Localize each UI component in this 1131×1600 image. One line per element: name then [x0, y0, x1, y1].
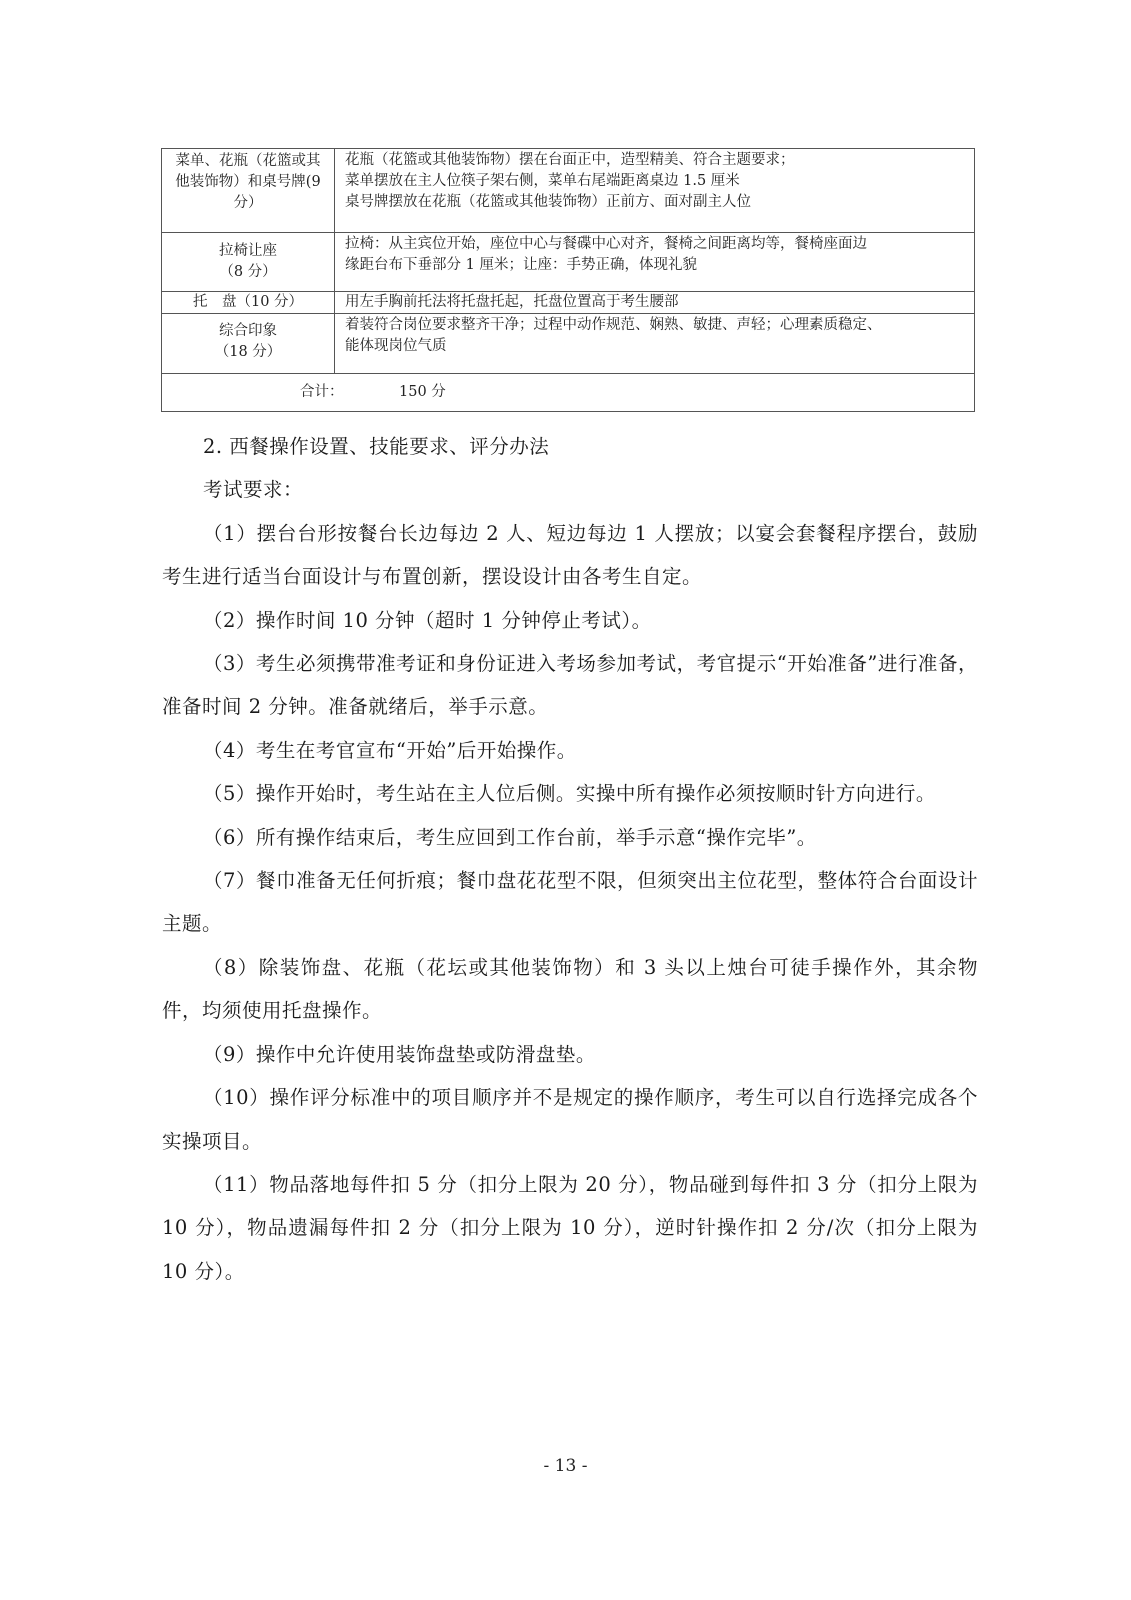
table-row: 菜单、花瓶（花篮或其 他装饰物）和桌号牌(9 分） 花瓶（花篮或其他装饰物）摆在… — [162, 149, 975, 233]
requirement-text: 桌号牌摆放在花瓶（花篮或其他装饰物）正前方、面对副主人位 — [345, 192, 964, 213]
item-label: 综合印象 — [166, 321, 330, 342]
item-label: 他装饰物）和桌号牌(9 — [166, 172, 330, 193]
scoring-table: 菜单、花瓶（花篮或其 他装饰物）和桌号牌(9 分） 花瓶（花篮或其他装饰物）摆在… — [161, 148, 975, 412]
requirement-item: （11）物品落地每件扣 5 分（扣分上限为 20 分），物品碰到每件扣 3 分（… — [162, 1163, 978, 1293]
requirement-item: （7）餐巾准备无任何折痕；餐巾盘花花型不限，但须突出主位花型，整体符合台面设计主… — [162, 859, 978, 946]
requirement-item: （10）操作评分标准中的项目顺序并不是规定的操作顺序，考生可以自行选择完成各个实… — [162, 1076, 978, 1163]
requirement-item: （3）考生必须携带准考证和身份证进入考场参加考试，考官提示“开始准备”进行准备，… — [162, 642, 978, 729]
item-cell: 综合印象 （18 分） — [162, 314, 335, 374]
table-row: 综合印象 （18 分） 着装符合岗位要求整齐干净；过程中动作规范、娴熟、敏捷、声… — [162, 314, 975, 374]
item-label: 拉椅让座 — [166, 241, 330, 262]
table-row: 托 盘（10 分） 用左手胸前托法将托盘托起，托盘位置高于考生腰部 — [162, 292, 975, 314]
item-label: （8 分） — [166, 262, 330, 283]
table-total-row: 合计： 150 分 — [162, 374, 975, 412]
requirement-item: （9）操作中允许使用装饰盘垫或防滑盘垫。 — [162, 1033, 978, 1076]
page-number: - 13 - — [0, 1456, 1131, 1476]
total-cell: 合计： 150 分 — [162, 374, 975, 412]
item-cell: 拉椅让座 （8 分） — [162, 233, 335, 292]
section-body: 2. 西餐操作设置、技能要求、评分办法 考试要求： （1）摆台台形按餐台长边每边… — [162, 425, 978, 1293]
item-label: 菜单、花瓶（花篮或其 — [166, 151, 330, 172]
requirement-text: 拉椅：从主宾位开始，座位中心与餐碟中心对齐，餐椅之间距离均等，餐椅座面边 — [345, 234, 964, 255]
total-value: 150 分 — [399, 382, 446, 403]
requirement-text: 缘距台布下垂部分 1 厘米；让座：手势正确，体现礼貌 — [345, 255, 964, 276]
requirement-item: （6）所有操作结束后，考生应回到工作台前，举手示意“操作完毕”。 — [162, 816, 978, 859]
requirement-item: （8）除装饰盘、花瓶（花坛或其他装饰物）和 3 头以上烛台可徒手操作外，其余物件… — [162, 946, 978, 1033]
requirement-item: （2）操作时间 10 分钟（超时 1 分钟停止考试）。 — [162, 599, 978, 642]
requirement-text: 能体现岗位气质 — [345, 336, 964, 357]
section-heading: 2. 西餐操作设置、技能要求、评分办法 — [162, 425, 978, 468]
requirement-text: 着装符合岗位要求整齐干净；过程中动作规范、娴熟、敏捷、声轻；心理素质稳定、 — [345, 315, 964, 336]
requirement-text: 用左手胸前托法将托盘托起，托盘位置高于考生腰部 — [345, 292, 964, 313]
requirement-item: （4）考生在考官宣布“开始”后开始操作。 — [162, 729, 978, 772]
requirement-text: 菜单摆放在主人位筷子架右侧，菜单右尾端距离桌边 1.5 厘米 — [345, 171, 964, 192]
item-label: （18 分） — [166, 342, 330, 363]
total-label: 合计： — [300, 382, 344, 403]
requirement-text: 花瓶（花篮或其他装饰物）摆在台面正中，造型精美、符合主题要求； — [345, 150, 964, 171]
item-label: 分） — [166, 193, 330, 214]
section-subheading: 考试要求： — [162, 468, 978, 511]
item-cell: 菜单、花瓶（花篮或其 他装饰物）和桌号牌(9 分） — [162, 149, 335, 233]
requirement-cell: 用左手胸前托法将托盘托起，托盘位置高于考生腰部 — [335, 292, 975, 314]
requirement-cell: 拉椅：从主宾位开始，座位中心与餐碟中心对齐，餐椅之间距离均等，餐椅座面边 缘距台… — [335, 233, 975, 292]
requirement-item: （5）操作开始时，考生站在主人位后侧。实操中所有操作必须按顺时针方向进行。 — [162, 772, 978, 815]
requirement-cell: 着装符合岗位要求整齐干净；过程中动作规范、娴熟、敏捷、声轻；心理素质稳定、 能体… — [335, 314, 975, 374]
item-label: 托 盘（10 分） — [166, 292, 330, 313]
item-cell: 托 盘（10 分） — [162, 292, 335, 314]
requirement-item: （1）摆台台形按餐台长边每边 2 人、短边每边 1 人摆放；以宴会套餐程序摆台，… — [162, 512, 978, 599]
table-row: 拉椅让座 （8 分） 拉椅：从主宾位开始，座位中心与餐碟中心对齐，餐椅之间距离均… — [162, 233, 975, 292]
document-page: 菜单、花瓶（花篮或其 他装饰物）和桌号牌(9 分） 花瓶（花篮或其他装饰物）摆在… — [0, 0, 1131, 1600]
requirement-cell: 花瓶（花篮或其他装饰物）摆在台面正中，造型精美、符合主题要求； 菜单摆放在主人位… — [335, 149, 975, 233]
